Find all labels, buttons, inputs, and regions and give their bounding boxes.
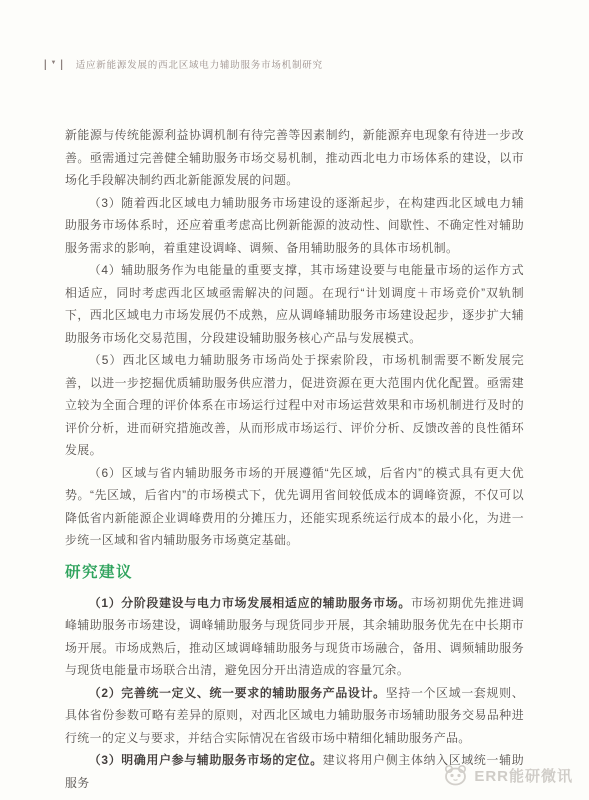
- findings-paragraph: （4）辅助服务作为电能量的重要支撑，其市场建设要与电能量市场的运作方式相适应，同…: [65, 259, 524, 349]
- findings-paragraph: （6）区域与省内辅助服务市场的开展遵循“先区域，后省内”的模式具有更大优势。“先…: [65, 462, 524, 552]
- running-header: | ▼ | 适应新能源发展的西北区域电力辅助服务市场机制研究: [44, 57, 545, 71]
- section-heading: 研究建议: [65, 563, 524, 583]
- watermark: ERR能研微讯: [443, 764, 573, 786]
- header-right-bar: |: [60, 57, 63, 70]
- document-page: | ▼ | 适应新能源发展的西北区域电力辅助服务市场机制研究 新能源与传统能源利…: [0, 0, 589, 800]
- document-content: 新能源与传统能源利益协调机制有待完善等因素制约，新能源弃电现象有待进一步改善。亟…: [65, 124, 524, 794]
- recommendation-item: （1）分阶段建设与电力市场发展相适应的辅助服务市场。市场初期优先推进调峰辅助服务…: [65, 592, 524, 682]
- triangle-down-icon: ▼: [50, 60, 57, 66]
- running-title: 适应新能源发展的西北区域电力辅助服务市场机制研究: [76, 57, 323, 71]
- recommendation-lead: （1）分阶段建设与电力市场发展相适应的辅助服务市场。: [89, 596, 411, 610]
- watermark-text: ERR能研微讯: [474, 765, 573, 786]
- recommendation-item: （2）完善统一定义、统一要求的辅助服务产品设计。坚持一个区域一套规则、具体省份参…: [65, 682, 524, 750]
- err-logo-icon: [443, 764, 469, 786]
- recommendation-lead: （3）明确用户参与辅助服务市场的定位。: [89, 753, 323, 767]
- findings-paragraph: （5）西北区域电力辅助服务市场尚处于探索阶段，市场机制需要不断发展完善，以进一步…: [65, 349, 524, 462]
- findings-paragraph: （3）随着西北区域电力辅助服务市场建设的逐渐起步，在构建西北区域电力辅助服务市场…: [65, 192, 524, 260]
- findings-paragraph: 新能源与传统能源利益协调机制有待完善等因素制约，新能源弃电现象有待进一步改善。亟…: [65, 124, 524, 192]
- header-left-bar: |: [44, 57, 47, 70]
- recommendation-lead: （2）完善统一定义、统一要求的辅助服务产品设计。: [89, 686, 386, 700]
